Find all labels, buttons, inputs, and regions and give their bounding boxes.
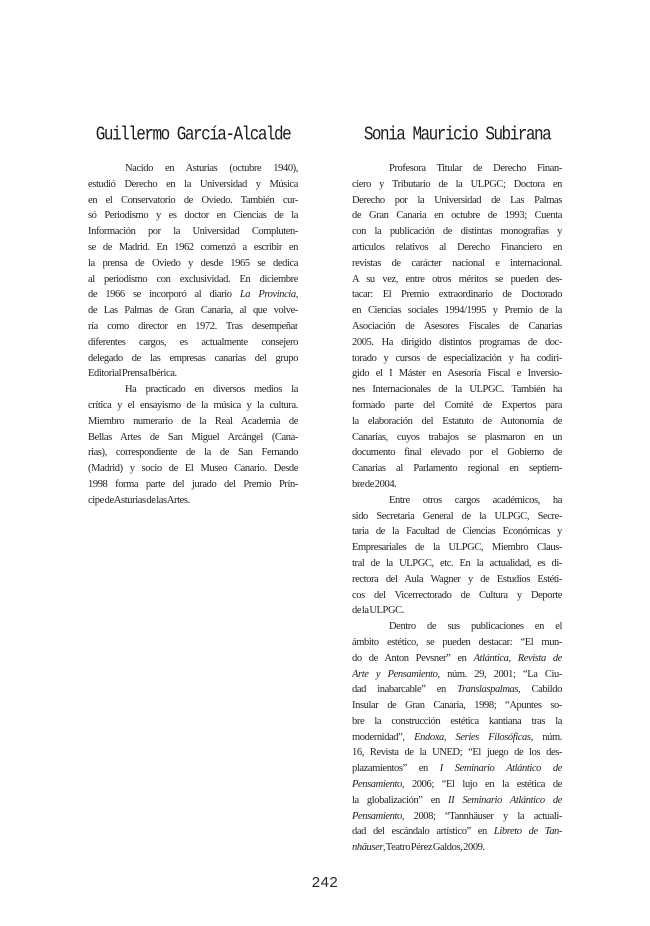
text-segment: documento final elevado por el Gobierno … — [352, 447, 562, 458]
text-segment: de Las Palmas de Gran Canaria, al que vo… — [88, 305, 298, 316]
text-segment: de la ULPGC. — [352, 605, 404, 616]
text-segment: , núm. 29, 2001; “La Ciu- — [437, 669, 562, 680]
text-line: formado parte del Comité de Expertos par… — [352, 398, 562, 414]
paragraph: Profesora Titular de Derecho Finan-ciero… — [352, 161, 562, 493]
text-line: cipe de Asturias de las Artes. — [88, 493, 298, 509]
text-segment-italic: Translaspalmas — [457, 684, 518, 695]
text-line: gido el I Máster en Asesoría Fiscal e In… — [352, 366, 562, 382]
text-segment: bre de 2004. — [352, 479, 396, 490]
text-segment: la globalización” en — [352, 795, 448, 806]
text-segment: de Gran Canaria en octubre de 1993; Cuen… — [352, 210, 562, 221]
text-line: (Madrid) y socio de El Museo Canario. De… — [88, 461, 298, 477]
text-segment: ciero y Tributario de la ULPGC; Doctora … — [352, 179, 562, 190]
column-garcia-alcalde: Guillermo García-Alcalde Nacido en Astur… — [88, 127, 298, 856]
text-segment: sido Secretaria General de la ULPGC, Sec… — [352, 511, 562, 522]
column-mauricio-subirana: Sonia Mauricio Subirana Profesora Titula… — [352, 127, 562, 856]
text-segment: cipe de Asturias de las Artes. — [88, 495, 190, 506]
text-segment: só Periodismo y es doctor en Ciencias de… — [88, 210, 298, 221]
text-line: artículos relativos al Derecho Financier… — [352, 240, 562, 256]
text-segment: Canarias, cuyos trabajos se plasmaron en… — [352, 432, 562, 443]
text-line: sido Secretaria General de la ULPGC, Sec… — [352, 509, 562, 525]
text-line: modernidad”, Endoxa, Series Filosóficas,… — [352, 730, 562, 746]
text-line: bre de 2004. — [352, 477, 562, 493]
text-line: só Periodismo y es doctor en Ciencias de… — [88, 208, 298, 224]
column-body-right: Profesora Titular de Derecho Finan-ciero… — [352, 161, 562, 856]
text-segment: Bellas Artes de San Miguel Arcángel (Can… — [88, 432, 298, 443]
text-line: Arte y Pensamiento, núm. 29, 2001; “La C… — [352, 667, 562, 683]
paragraph: Entre otros cargos académicos, hasido Se… — [352, 493, 562, 619]
text-segment: , — [296, 289, 298, 300]
text-line: Insular de Gran Canaria, 1998; “Apuntes … — [352, 698, 562, 714]
text-line: Entre otros cargos académicos, ha — [352, 493, 562, 509]
text-segment: estudió Derecho en la Universidad y Músi… — [88, 179, 298, 190]
text-line: tacar: El Premio extraordinario de Docto… — [352, 287, 562, 303]
text-segment: torado y cursos de especialización y ha … — [352, 353, 562, 364]
text-line: estudió Derecho en la Universidad y Músi… — [88, 177, 298, 193]
text-line: Editorial Prensa Ibérica. — [88, 366, 298, 382]
column-body-left: Nacido en Asturias (octubre 1940),estudi… — [88, 161, 298, 509]
text-line: Empresariales de la ULPGC, Miembro Claus… — [352, 540, 562, 556]
text-line: la prensa de Oviedo y desde 1965 se dedi… — [88, 256, 298, 272]
two-column-layout: Guillermo García-Alcalde Nacido en Astur… — [88, 127, 562, 856]
text-line: ciero y Tributario de la ULPGC; Doctora … — [352, 177, 562, 193]
text-line: bre la construcción estética kantiana tr… — [352, 714, 562, 730]
text-line: de Las Palmas de Gran Canaria, al que vo… — [88, 303, 298, 319]
text-segment-italic: II Seminario Atlántico de — [448, 795, 562, 806]
text-segment-italic: Pensamiento — [352, 779, 402, 790]
text-segment: nes Internacionales de la ULPGC. También… — [352, 384, 562, 395]
text-line: crítica y el ensayismo de la música y la… — [88, 398, 298, 414]
text-line: cos del Vicerrectorado de Cultura y Depo… — [352, 588, 562, 604]
text-line: Canarias al Parlamento regional en septi… — [352, 461, 562, 477]
document-page: Guillermo García-Alcalde Nacido en Astur… — [0, 0, 650, 926]
text-line: 1998 forma parte del jurado del Premio P… — [88, 477, 298, 493]
text-segment: 1998 forma parte del jurado del Premio P… — [88, 479, 298, 490]
text-segment: artículos relativos al Derecho Financier… — [352, 242, 562, 253]
text-line: delegado de las empresas canarias del gr… — [88, 351, 298, 367]
text-segment: Ha practicado en diversos medios la — [125, 384, 298, 395]
text-segment: rectora del Aula Wagner y de Estudios Es… — [352, 574, 562, 585]
paragraph: Nacido en Asturias (octubre 1940),estudi… — [88, 161, 298, 382]
text-segment: en Ciencias sociales 1994/1995 y Premio … — [352, 305, 562, 316]
text-segment: Editorial Prensa Ibérica. — [88, 368, 177, 379]
text-segment: (Madrid) y socio de El Museo Canario. De… — [88, 463, 298, 474]
text-line: Canarias, cuyos trabajos se plasmaron en… — [352, 430, 562, 446]
text-line: Dentro de sus publicaciones en el — [352, 619, 562, 635]
text-segment: diferentes cargos, es actualmente consej… — [88, 337, 298, 348]
text-line: A su vez, entre otros méritos se pueden … — [352, 272, 562, 288]
text-segment: Entre otros cargos académicos, ha — [389, 495, 562, 506]
text-segment-italic: Endoxa, Series Filosóficas — [414, 732, 530, 743]
text-segment: dad inabarcable” en — [352, 684, 457, 695]
text-segment: dad del escándalo artístico” en — [352, 826, 494, 837]
text-segment: la elaboración del Estatuto de Autonomía… — [352, 416, 562, 427]
text-line: ámbito estético, se pueden destacar: “El… — [352, 635, 562, 651]
text-segment: Nacido en Asturias (octubre 1940), — [125, 163, 298, 174]
text-line: al periodismo con exclusividad. En dicie… — [88, 272, 298, 288]
page-number: 242 — [0, 874, 650, 891]
text-segment: A su vez, entre otros méritos se pueden … — [352, 274, 562, 285]
text-segment: la prensa de Oviedo y desde 1965 se dedi… — [88, 258, 298, 269]
text-line: Bellas Artes de San Miguel Arcángel (Can… — [88, 430, 298, 446]
text-segment-italic: Atlántica, Revista de — [474, 653, 562, 664]
text-segment: formado parte del Comité de Expertos par… — [352, 400, 562, 411]
text-line: Derecho por la Universidad de Las Palmas — [352, 193, 562, 209]
text-line: en Ciencias sociales 1994/1995 y Premio … — [352, 303, 562, 319]
text-line: Profesora Titular de Derecho Finan- — [352, 161, 562, 177]
bio-title-right: Sonia Mauricio Subirana — [352, 123, 562, 147]
text-segment-italic: Arte y Pensamiento — [352, 669, 437, 680]
text-segment: 2005. Ha dirigido distintos programas de… — [352, 337, 562, 348]
text-line: dad del escándalo artístico” en Libreto … — [352, 824, 562, 840]
text-segment: plazamientos” en — [352, 763, 440, 774]
text-line: se de Madrid. En 1962 comenzó a escribir… — [88, 240, 298, 256]
text-line: de la ULPGC. — [352, 603, 562, 619]
text-segment: Profesora Titular de Derecho Finan- — [389, 163, 562, 174]
text-segment: Dentro de sus publicaciones en el — [389, 621, 562, 632]
text-segment: tral de la ULPGC, etc. En la actualidad,… — [352, 558, 562, 569]
text-segment: de 1966 se incorporó al diario — [88, 289, 240, 300]
text-line: tral de la ULPGC, etc. En la actualidad,… — [352, 556, 562, 572]
text-segment: Insular de Gran Canaria, 1998; “Apuntes … — [352, 700, 562, 711]
text-segment: bre la construcción estética kantiana tr… — [352, 716, 562, 727]
bio-title-left: Guillermo García-Alcalde — [88, 123, 298, 147]
text-line: Pensamiento, 2008; “Tannhäuser y la actu… — [352, 809, 562, 825]
text-segment: , 2008; “Tannhäuser y la actuali- — [402, 811, 562, 822]
text-line: documento final elevado por el Gobierno … — [352, 445, 562, 461]
text-line: con la publicación de distintas monograf… — [352, 224, 562, 240]
text-segment: ámbito estético, se pueden destacar: “El… — [352, 637, 562, 648]
text-line: de Gran Canaria en octubre de 1993; Cuen… — [352, 208, 562, 224]
text-segment: en el Conservatorio de Oviedo. También c… — [88, 195, 298, 206]
text-segment: , Teatro Pérez Galdos, 2009. — [383, 842, 485, 853]
text-line: 2005. Ha dirigido distintos programas de… — [352, 335, 562, 351]
text-segment: cos del Vicerrectorado de Cultura y Depo… — [352, 590, 562, 601]
text-segment: , 2006; “El lujo en la estética de — [402, 779, 562, 790]
text-line: Información por la Universidad Compluten… — [88, 224, 298, 240]
text-line: Nacido en Asturias (octubre 1940), — [88, 161, 298, 177]
text-segment: Canarias al Parlamento regional en septi… — [352, 463, 562, 474]
text-line: ría como director en 1972. Tras desempeñ… — [88, 319, 298, 335]
text-line: Miembro numerario de la Real Academia de — [88, 414, 298, 430]
text-line: nes Internacionales de la ULPGC. También… — [352, 382, 562, 398]
text-segment: revistas de carácter nacional e internac… — [352, 258, 562, 269]
text-segment: al periodismo con exclusividad. En dicie… — [88, 274, 298, 285]
text-segment-italic: Pensamiento — [352, 811, 402, 822]
text-segment-italic: La Provincia — [240, 289, 296, 300]
text-segment: se de Madrid. En 1962 comenzó a escribir… — [88, 242, 298, 253]
text-line: do de Anton Pevsner” en Atlántica, Revis… — [352, 651, 562, 667]
text-line: nhäuser, Teatro Pérez Galdos, 2009. — [352, 840, 562, 856]
text-line: Pensamiento, 2006; “El lujo en la estéti… — [352, 777, 562, 793]
text-segment: tacar: El Premio extraordinario de Docto… — [352, 289, 562, 300]
text-segment: , núm. — [531, 732, 562, 743]
paragraph: Ha practicado en diversos medios lacríti… — [88, 382, 298, 508]
text-line: revistas de carácter nacional e internac… — [352, 256, 562, 272]
text-line: de 1966 se incorporó al diario La Provin… — [88, 287, 298, 303]
text-line: rias), correspondiente de la de San Fern… — [88, 445, 298, 461]
text-line: rectora del Aula Wagner y de Estudios Es… — [352, 572, 562, 588]
text-segment-italic: I Seminario Atlántico de — [440, 763, 562, 774]
text-line: taria de la Facultad de Ciencias Económi… — [352, 524, 562, 540]
text-segment: do de Anton Pevsner” en — [352, 653, 474, 664]
text-line: 16, Revista de la UNED; “El juego de los… — [352, 745, 562, 761]
text-segment: ría como director en 1972. Tras desempeñ… — [88, 321, 298, 332]
text-line: la elaboración del Estatuto de Autonomía… — [352, 414, 562, 430]
text-line: diferentes cargos, es actualmente consej… — [88, 335, 298, 351]
text-segment: modernidad”, — [352, 732, 414, 743]
text-line: plazamientos” en I Seminario Atlántico d… — [352, 761, 562, 777]
text-segment: Miembro numerario de la Real Academia de — [88, 416, 298, 427]
text-line: Ha practicado en diversos medios la — [88, 382, 298, 398]
text-segment: rias), correspondiente de la de San Fern… — [88, 447, 298, 458]
text-segment: crítica y el ensayismo de la música y la… — [88, 400, 298, 411]
text-segment: con la publicación de distintas monograf… — [352, 226, 562, 237]
text-segment: Asociación de Asesores Fiscales de Canar… — [352, 321, 562, 332]
paragraph: Dentro de sus publicaciones en elámbito … — [352, 619, 562, 856]
text-line: la globalización” en II Seminario Atlánt… — [352, 793, 562, 809]
text-segment: gido el I Máster en Asesoría Fiscal e In… — [352, 368, 562, 379]
text-segment: taria de la Facultad de Ciencias Económi… — [352, 526, 562, 537]
text-segment: 16, Revista de la UNED; “El juego de los… — [352, 747, 562, 758]
text-segment: Información por la Universidad Compluten… — [88, 226, 298, 237]
text-segment-italic: nhäuser — [352, 842, 383, 853]
text-line: torado y cursos de especialización y ha … — [352, 351, 562, 367]
text-segment: Empresariales de la ULPGC, Miembro Claus… — [352, 542, 562, 553]
text-line: en el Conservatorio de Oviedo. También c… — [88, 193, 298, 209]
text-line: Asociación de Asesores Fiscales de Canar… — [352, 319, 562, 335]
text-segment: , Cabildo — [518, 684, 562, 695]
text-segment-italic: Libreto de Tan- — [494, 826, 562, 837]
text-segment: Derecho por la Universidad de Las Palmas — [352, 195, 562, 206]
text-line: dad inabarcable” en Translaspalmas, Cabi… — [352, 682, 562, 698]
text-segment: delegado de las empresas canarias del gr… — [88, 353, 298, 364]
